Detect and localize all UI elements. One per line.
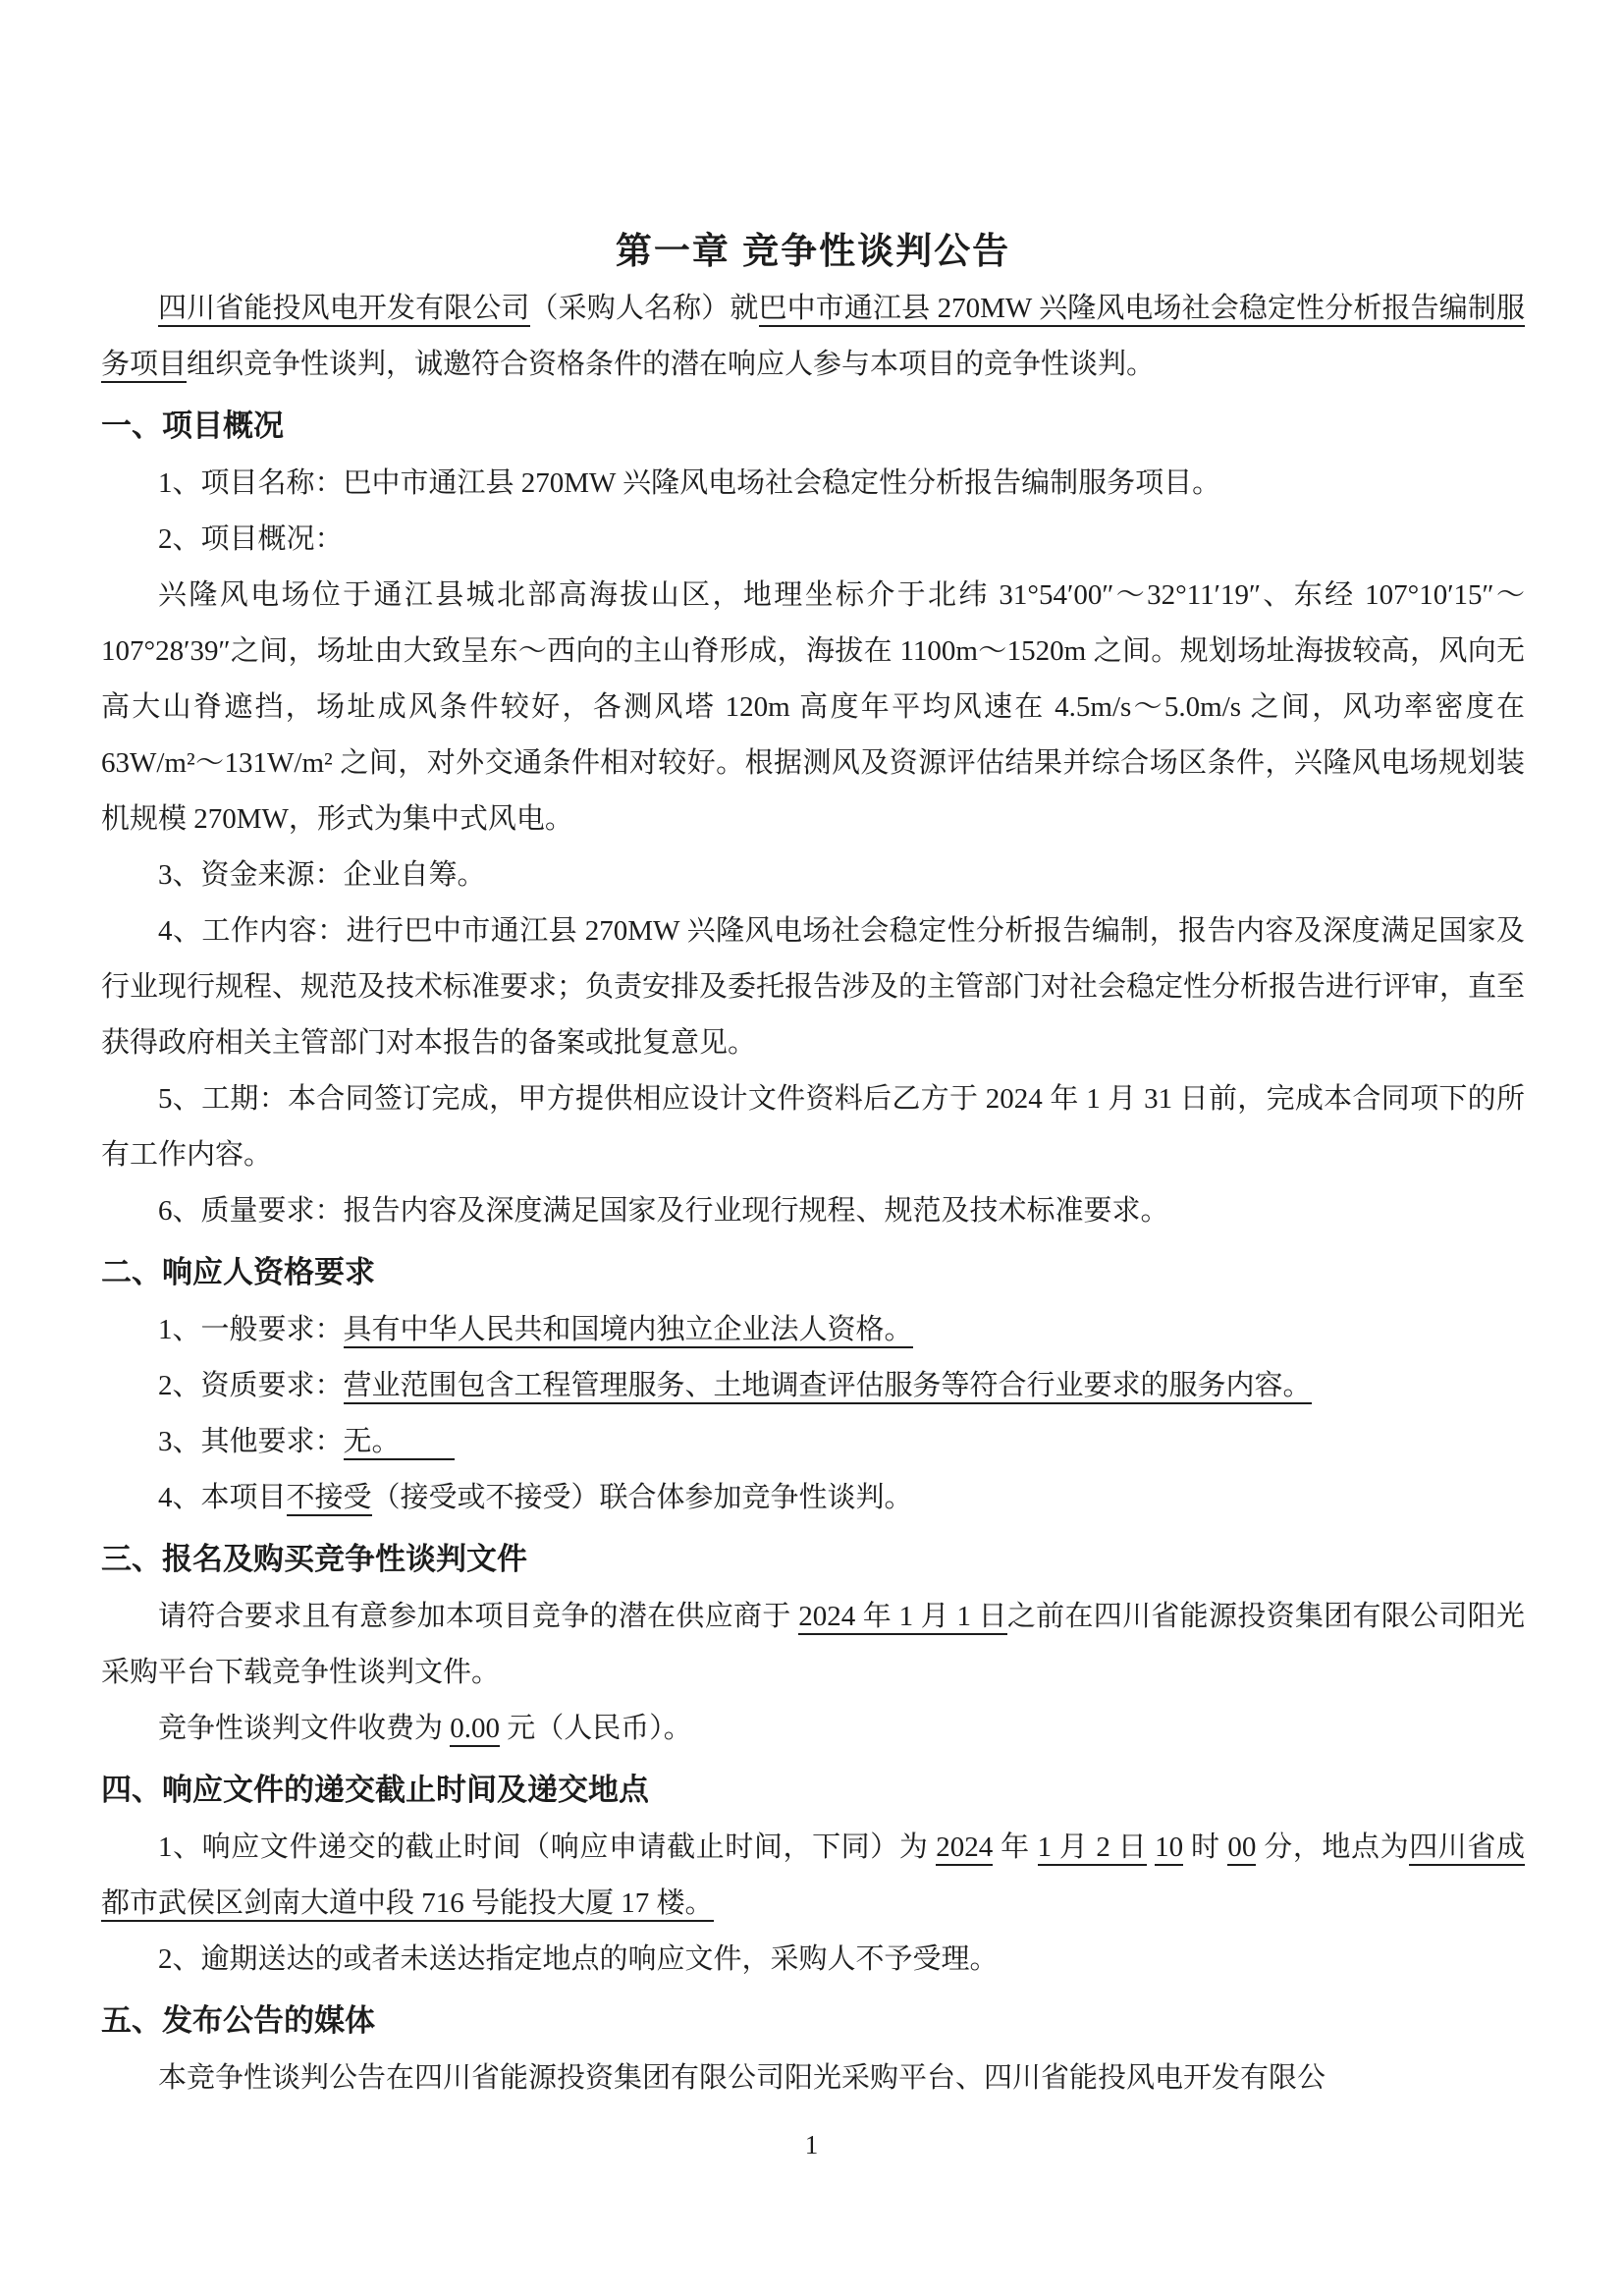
download-deadline-underlined: 2024 年 1 月 1 日: [798, 1601, 1007, 1635]
text-segment: 1、响应文件递交的截止时间（响应申请截止时间，下同）为: [158, 1831, 936, 1863]
text-segment: 1、一般要求：: [158, 1314, 344, 1345]
deadline-minute-underlined: 00: [1227, 1831, 1256, 1866]
text-segment: 竞争性谈判文件收费为: [158, 1713, 450, 1744]
page-number: 1: [0, 2129, 1623, 2160]
deadline-year-underlined: 2024: [936, 1831, 993, 1866]
late-submission-item: 2、逾期送达的或者未送达指定地点的响应文件，采购人不予受理。: [101, 1932, 1525, 1988]
text-segment: 请符合要求且有意参加本项目竞争的潜在供应商于: [158, 1601, 798, 1632]
text-segment: （采购人名称）就: [530, 293, 759, 324]
text-segment: 6、质量要求：报告内容及深度满足国家及行业现行规程、规范及技术标准要求。: [158, 1195, 1169, 1227]
consortium-item: 4、本项目不接受（接受或不接受）联合体参加竞争性谈判。: [101, 1470, 1525, 1526]
text-segment: 分，地点为: [1256, 1831, 1409, 1863]
deadline-date-underlined: 1 月 2 日: [1038, 1831, 1148, 1866]
project-overview-label: 2、项目概况：: [101, 512, 1525, 568]
section3-heading: 三、报名及购买竞争性谈判文件: [101, 1530, 1525, 1589]
qualification-requirement-underlined: 营业范围包含工程管理服务、土地调查评估服务等符合行业要求的服务内容。: [344, 1370, 1312, 1404]
text-segment: 2、资质要求：: [158, 1370, 344, 1401]
intro-paragraph: 四川省能投风电开发有限公司（采购人名称）就巴中市通江县 270MW 兴隆风电场社…: [101, 281, 1525, 393]
text-segment: 1、项目名称：巴中市通江县 270MW 兴隆风电场社会稳定性分析报告编制服务项目…: [158, 467, 1220, 499]
not-accepted-underlined: 不接受: [287, 1482, 372, 1516]
registration-paragraph: 请符合要求且有意参加本项目竞争的潜在供应商于 2024 年 1 月 1 日之前在…: [101, 1589, 1525, 1701]
announcement-media-paragraph: 本竞争性谈判公告在四川省能源投资集团有限公司阳光采购平台、四川省能投风电开发有限…: [101, 2050, 1525, 2106]
text-segment: 元（人民币）。: [500, 1713, 692, 1744]
text-segment: 年: [993, 1831, 1037, 1863]
text-segment: 兴隆风电场位于通江县城北部高海拔山区，地理坐标介于北纬 31°54′00″～32…: [101, 579, 1525, 835]
general-requirement-underlined: 具有中华人民共和国境内独立企业法人资格。: [344, 1314, 913, 1348]
text-segment: 4、本项目: [158, 1482, 287, 1513]
text-segment: （接受或不接受）联合体参加竞争性谈判。: [372, 1482, 913, 1513]
funding-source-item: 3、资金来源：企业自筹。: [101, 847, 1525, 903]
other-requirement-underlined: 无。: [344, 1426, 455, 1460]
schedule-item: 5、工期：本合同签订完成，甲方提供相应设计文件资料后乙方于 2024 年 1 月…: [101, 1071, 1525, 1183]
page-content: 第一章 竞争性谈判公告 四川省能投风电开发有限公司（采购人名称）就巴中市通江县 …: [101, 0, 1525, 2106]
qualification-requirement-item: 2、资质要求：营业范围包含工程管理服务、土地调查评估服务等符合行业要求的服务内容…: [101, 1358, 1525, 1414]
section1-heading: 一、项目概况: [101, 397, 1525, 456]
text-segment: 组织竞争性谈判，诚邀符合资格条件的潜在响应人参与本项目的竞争性谈判。: [187, 349, 1155, 380]
text-segment: 4、工作内容：进行巴中市通江县 270MW 兴隆风电场社会稳定性分析报告编制，报…: [101, 915, 1525, 1059]
text-segment: 2、逾期送达的或者未送达指定地点的响应文件，采购人不予受理。: [158, 1943, 999, 1975]
text-segment: [1147, 1831, 1155, 1863]
section2-heading: 二、响应人资格要求: [101, 1243, 1525, 1302]
project-name-item: 1、项目名称：巴中市通江县 270MW 兴隆风电场社会稳定性分析报告编制服务项目…: [101, 456, 1525, 512]
section4-heading: 四、响应文件的递交截止时间及递交地点: [101, 1761, 1525, 1820]
text-segment: 本竞争性谈判公告在四川省能源投资集团有限公司阳光采购平台、四川省能投风电开发有限…: [158, 2062, 1325, 2094]
chapter-title: 第一章 竞争性谈判公告: [101, 222, 1525, 281]
work-content-item: 4、工作内容：进行巴中市通江县 270MW 兴隆风电场社会稳定性分析报告编制，报…: [101, 903, 1525, 1071]
purchaser-name-underlined: 四川省能投风电开发有限公司: [158, 293, 530, 327]
document-page: 第一章 竞争性谈判公告 四川省能投风电开发有限公司（采购人名称）就巴中市通江县 …: [0, 0, 1623, 2296]
general-requirement-item: 1、一般要求：具有中华人民共和国境内独立企业法人资格。: [101, 1302, 1525, 1358]
text-segment: 5、工期：本合同签订完成，甲方提供相应设计文件资料后乙方于 2024 年 1 月…: [101, 1083, 1525, 1171]
quality-requirement-item: 6、质量要求：报告内容及深度满足国家及行业现行规程、规范及技术标准要求。: [101, 1183, 1525, 1239]
fee-amount-underlined: 0.00: [450, 1713, 500, 1747]
text-segment: 3、其他要求：: [158, 1426, 344, 1457]
project-overview-paragraph: 兴隆风电场位于通江县城北部高海拔山区，地理坐标介于北纬 31°54′00″～32…: [101, 568, 1525, 847]
section5-heading: 五、发布公告的媒体: [101, 1992, 1525, 2050]
deadline-hour-underlined: 10: [1155, 1831, 1183, 1866]
text-segment: 3、资金来源：企业自筹。: [158, 859, 486, 891]
text-segment: 时: [1183, 1831, 1227, 1863]
text-segment: 2、项目概况：: [158, 523, 344, 555]
submission-deadline-item: 1、响应文件递交的截止时间（响应申请截止时间，下同）为 2024 年 1 月 2…: [101, 1820, 1525, 1932]
document-fee-paragraph: 竞争性谈判文件收费为 0.00 元（人民币）。: [101, 1701, 1525, 1757]
other-requirement-item: 3、其他要求：无。: [101, 1414, 1525, 1470]
